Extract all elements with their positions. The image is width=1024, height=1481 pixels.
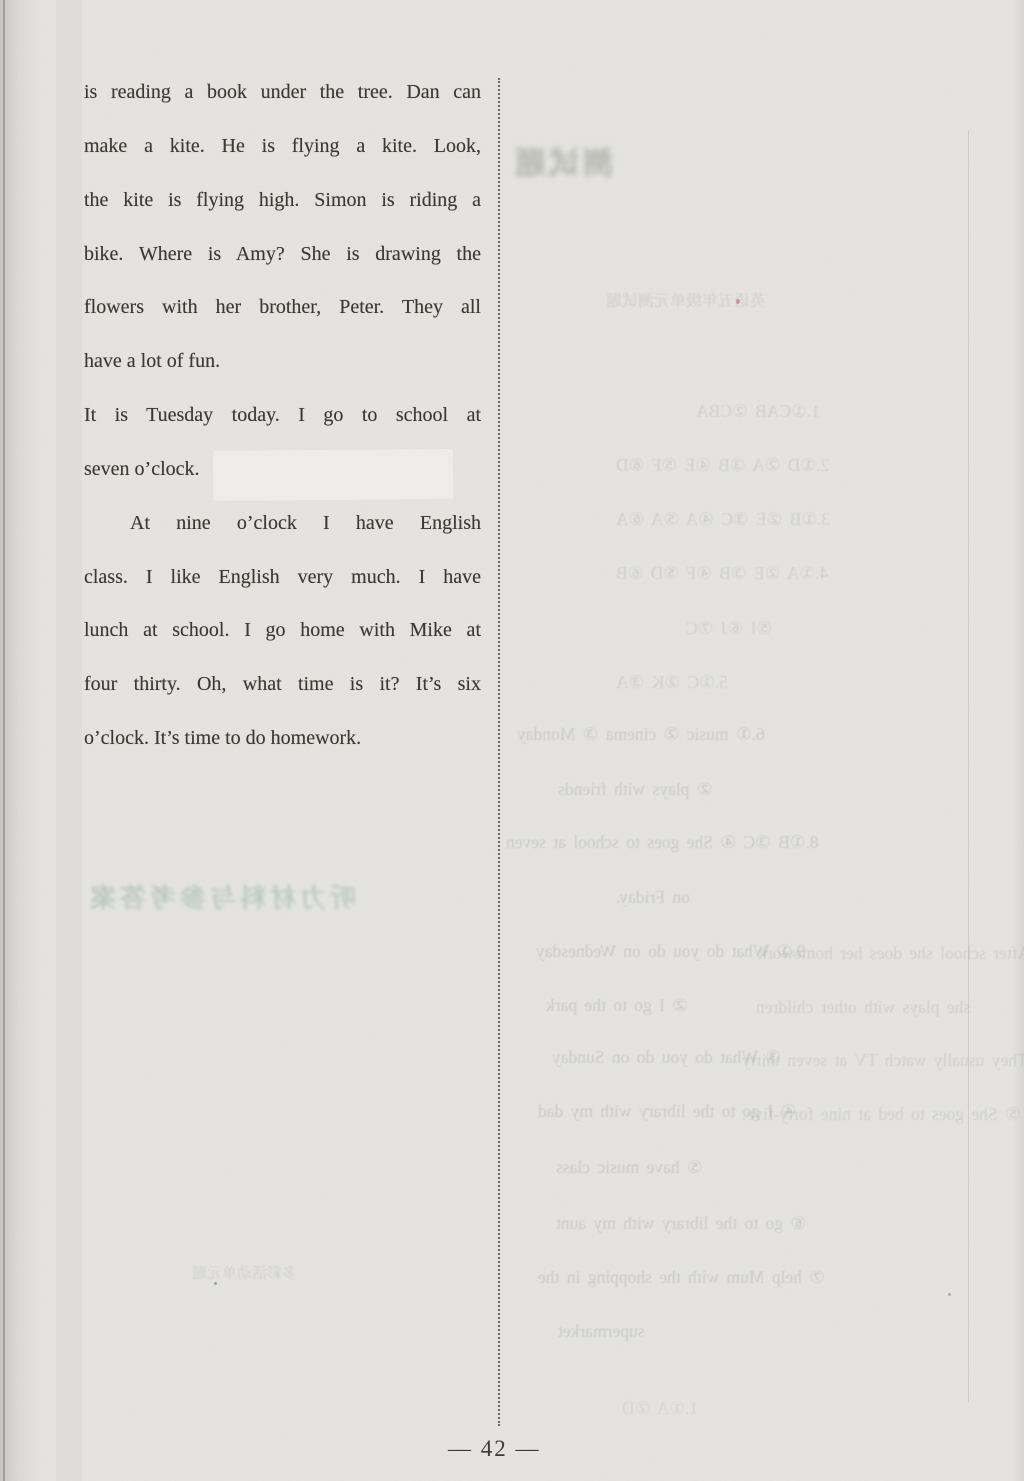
bleedthrough-line: 1.①CAB ②CBA [696,401,820,422]
bleedthrough-line: supermarket [558,1321,645,1342]
bleedthrough-line: ② I go to the park [546,995,688,1016]
transcript-line: 3.It is Tuesday today. I go to school at [84,389,481,443]
bleedthrough-line: on Friday. [616,887,690,908]
bleedthrough-line: 1.①A ②D [622,1398,698,1419]
bleedthrough-line: 3.①B ②E ③C ④A ⑤A ⑥A [616,509,830,530]
bleedthrough-rule-line [968,130,969,1402]
transcript-line: four thirty. Oh, what time is it? It’s s… [84,658,481,712]
bleedthrough-line: ② After school she does her homework [758,943,1024,964]
paper-fold-shadow [56,0,82,1481]
bleedthrough-line: 8.①B ③C ④ She goes to school at seven [506,832,819,853]
transcript-line: class. I like English very much. I have [84,551,481,605]
page-edge-shadow-right [1012,0,1024,1481]
bleedthrough-line: 5.①C ②K ③A [616,672,728,693]
bleedthrough-title-smudge: 测试题 [512,138,614,183]
bleedthrough-banner-smudge: 听力材料与参考答案 [86,878,356,915]
bleedthrough-line: 多彩活动单元题 [192,1262,297,1283]
whiteout-correction-patch [213,449,453,501]
bleedthrough-line: ⑥ go to the library with my aunt [556,1213,806,1234]
bleedthrough-line: ⑦ help Mum with the shopping in the [538,1267,825,1288]
bleedthrough-line: 英语五年级单元测试题 [606,288,766,311]
binding-edge-line [3,0,5,1481]
transcript-line: bike. Where is Amy? She is drawing the [84,228,481,282]
bleedthrough-line: ④ They usually watch TV at seven thirty [742,1050,1024,1071]
bleedthrough-line: 2.①D ②A ③B ④E ⑤F ⑥D [616,455,829,476]
transcript-line: At nine o’clock I have English [84,497,481,551]
bleedthrough-line: ② plays with friends [558,779,712,800]
red-ink-speck [736,299,740,304]
transcript-line: flowers with her brother, Peter. They al… [84,281,481,335]
listening-transcript: is reading a book under the tree. Dan ca… [84,66,481,766]
transcript-line: o’clock. It’s time to do homework. [84,712,481,766]
bleedthrough-line: ⑤ She goes to bed at nine forty-five. [742,1104,1021,1125]
green-ink-speck [214,1282,217,1285]
transcript-line: is reading a book under the tree. Dan ca… [84,66,481,120]
transcript-line: have a lot of fun. [84,335,481,389]
scanned-workbook-page: 测试题 英语五年级单元测试题 1.①CAB ②CBA 2.①D ②A ③B ④E… [0,0,1024,1481]
page-edge-shadow-left [0,0,42,1481]
transcript-line: the kite is flying high. Simon is riding… [84,174,481,228]
transcript-line: make a kite. He is flying a kite. Look, [84,120,481,174]
bleedthrough-line: 6.① music ② cinema ③ Monday [517,724,765,745]
gray-ink-speck [948,1293,951,1296]
bleedthrough-line: ⑤ have music class [556,1157,703,1178]
bleedthrough-line: she plays with other children [756,997,970,1018]
page-number: — 42 — [448,1436,541,1462]
bleedthrough-line: ⑤I ⑥J ⑦C [686,618,772,639]
column-divider-dotted [498,78,500,1426]
transcript-text: It is Tuesday today. I go to school at [84,404,481,426]
bleedthrough-line: 4.①A ②E ③B ④F ⑤D ⑥B [616,563,828,584]
transcript-line: lunch at school. I go home with Mike at [84,604,481,658]
